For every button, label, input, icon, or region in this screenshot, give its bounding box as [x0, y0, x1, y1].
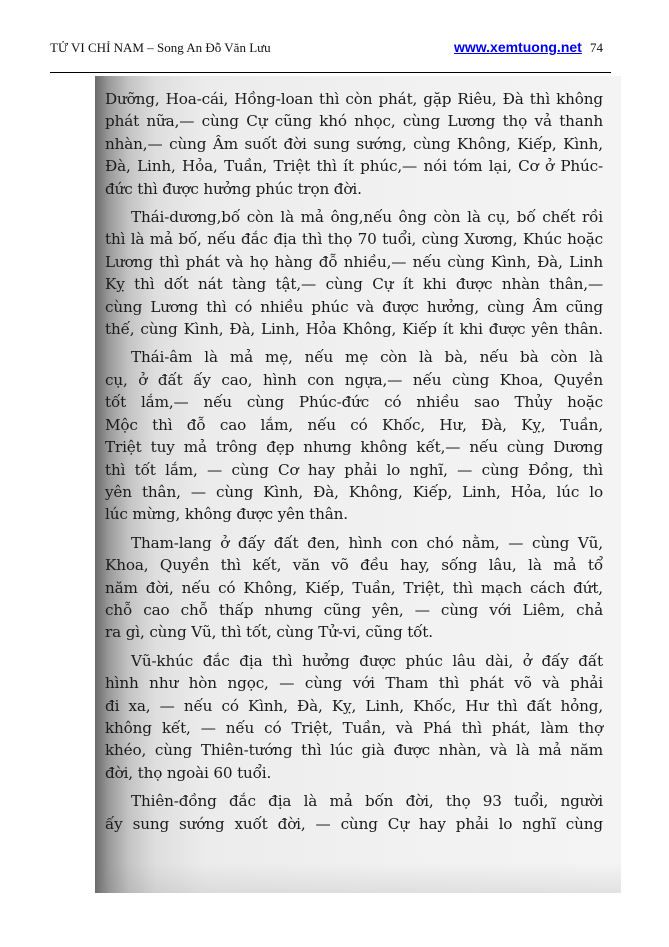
text-line: ấy sung sướng xuốt đời, — cùng Cự hay ph…: [105, 813, 603, 835]
text-line: năm đời, nếu có Không, Kiếp, Tuần, Triệt…: [105, 577, 603, 599]
text-line: đức thì được hưởng phúc trọn đời.: [105, 178, 603, 200]
text-line: yên thân, — cùng Kình, Đà, Không, Kiếp, …: [105, 481, 603, 503]
page-number: 74: [590, 40, 603, 56]
text-line: Thiên-đồng đắc địa là mả bốn đời, thọ 93…: [105, 790, 603, 812]
text-line: hình như hòn ngọc, — cùng với Tham thì p…: [105, 672, 603, 694]
paragraph: Thiên-đồng đắc địa là mả bốn đời, thọ 93…: [105, 790, 603, 835]
header-title: TỬ VI CHỈ NAM – Song An Đỗ Văn Lưu: [50, 40, 271, 56]
paragraph: Dưỡng, Hoa-cái, Hồng-loan thì còn phát, …: [105, 88, 603, 200]
text-line: Đà, Linh, Hỏa, Tuần, Triệt thì ít phúc,—…: [105, 155, 603, 177]
scanned-page: Dưỡng, Hoa-cái, Hồng-loan thì còn phát, …: [95, 76, 621, 893]
text-line: nhàn,— cùng Âm suốt đời sung sướng, cùng…: [105, 133, 603, 155]
text-line: Kỵ thì dốt nát tàng tật,— cùng Cự ít khi…: [105, 273, 603, 295]
header-rule: [50, 72, 611, 73]
scanned-text: Dưỡng, Hoa-cái, Hồng-loan thì còn phát, …: [105, 88, 603, 841]
text-line: đi xa, — nếu có Kình, Đà, Kỵ, Linh, Khốc…: [105, 695, 603, 717]
text-line: chỗ cao chỗ thấp nhưng cũng yên, — cùng …: [105, 599, 603, 621]
text-line: Khoa, Quyền thì kết, văn võ đều hay, sốn…: [105, 554, 603, 576]
text-line: khéo, cùng Thiên-tướng thì lúc già được …: [105, 739, 603, 761]
text-line: tốt lắm,— nếu cùng Phúc-đức có nhiều sao…: [105, 391, 603, 413]
text-line: cùng Lương thì có nhiều phúc và được hưở…: [105, 296, 603, 318]
text-line: phát nữa,— cùng Cự cũng khó nhọc, cùng L…: [105, 110, 603, 132]
paragraph: Vũ-khúc đắc địa thì hưởng được phúc lâu …: [105, 650, 603, 784]
text-line: Thái-âm là mả mẹ, nếu mẹ còn là bà, nếu …: [105, 346, 603, 368]
text-line: đời, thọ ngoài 60 tuổi.: [105, 762, 603, 784]
text-line: Mộc thì đỗ cao lắm, nếu có Khốc, Hư, Đà,…: [105, 414, 603, 436]
text-line: Dưỡng, Hoa-cái, Hồng-loan thì còn phát, …: [105, 88, 603, 110]
website-link[interactable]: www.xemtuong.net: [454, 39, 582, 55]
text-line: Lương thì phát và họ hàng đỗ nhiều,— nếu…: [105, 251, 603, 273]
paragraph: Tham-lang ở đấy đất đen, hình con chó nằ…: [105, 532, 603, 644]
text-line: Triệt tuy mả trông đẹp nhưng không kết,—…: [105, 436, 603, 458]
text-line: Vũ-khúc đắc địa thì hưởng được phúc lâu …: [105, 650, 603, 672]
text-line: Thái-dương,bố còn là mả ông,nếu ông còn …: [105, 206, 603, 228]
paragraph: Thái-dương,bố còn là mả ông,nếu ông còn …: [105, 206, 603, 340]
text-line: thế, cùng Kình, Đà, Linh, Hỏa Không, Kiế…: [105, 318, 603, 340]
paragraph: Thái-âm là mả mẹ, nếu mẹ còn là bà, nếu …: [105, 346, 603, 525]
text-line: lúc mừng, không được yên thân.: [105, 503, 603, 525]
text-line: cụ, ở đất ấy cao, hình con ngựa,— nếu cù…: [105, 369, 603, 391]
text-line: ra gì, cùng Vũ, thì tốt, cùng Tử-vi, cũn…: [105, 621, 603, 643]
text-line: thì là mả bố, nếu đắc địa thì thọ 70 tuổ…: [105, 228, 603, 250]
text-line: thì tốt lắm, — cùng Cơ hay phải lo nghĩ,…: [105, 459, 603, 481]
text-line: Tham-lang ở đấy đất đen, hình con chó nằ…: [105, 532, 603, 554]
text-line: không kết, — nếu có Triệt, Tuần, và Phá …: [105, 717, 603, 739]
